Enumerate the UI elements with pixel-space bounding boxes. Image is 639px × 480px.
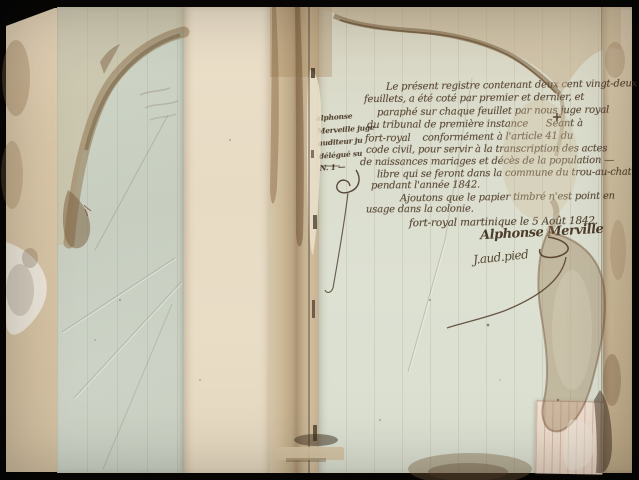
signature-clerk: J.aud.pied (472, 247, 529, 267)
attestation-line-3: paraphé sur chaque feuillet par nous jug… (377, 105, 609, 119)
attestation-line-5: fort-royal conformément à l'article 41 d… (365, 131, 573, 145)
attestation-line-6: code civil, pour servir à la transcripti… (366, 143, 607, 156)
attestation-line-2: feuillets, a été coté par premier et der… (364, 92, 584, 105)
margin-annotation-line: N. 1 — (319, 160, 372, 176)
attestation-line-7: de naissances mariages et décès de la po… (360, 155, 614, 168)
attestation-line-9: pendant l'année 1842. (371, 180, 480, 192)
attestation-text-block: Le présent registre contenant deux cent … (0, 0, 639, 480)
margin-annotation: alphonse Merveille juge auditeur ju délé… (316, 110, 372, 176)
scan-canvas: { "manuscript": { "lines": [ "Le présent… (0, 0, 639, 480)
attestation-line-4: du tribunal de première instance Séant à (367, 118, 583, 131)
attestation-line-1: Le présent registre contenant deux cent … (386, 78, 637, 93)
attestation-line-11: usage dans la colonie. (366, 204, 474, 216)
attestation-line-10: Ajoutons que le papier timbré n'est poin… (400, 191, 615, 205)
attestation-line-8: libre qui se feront dans la commune du t… (377, 167, 632, 181)
